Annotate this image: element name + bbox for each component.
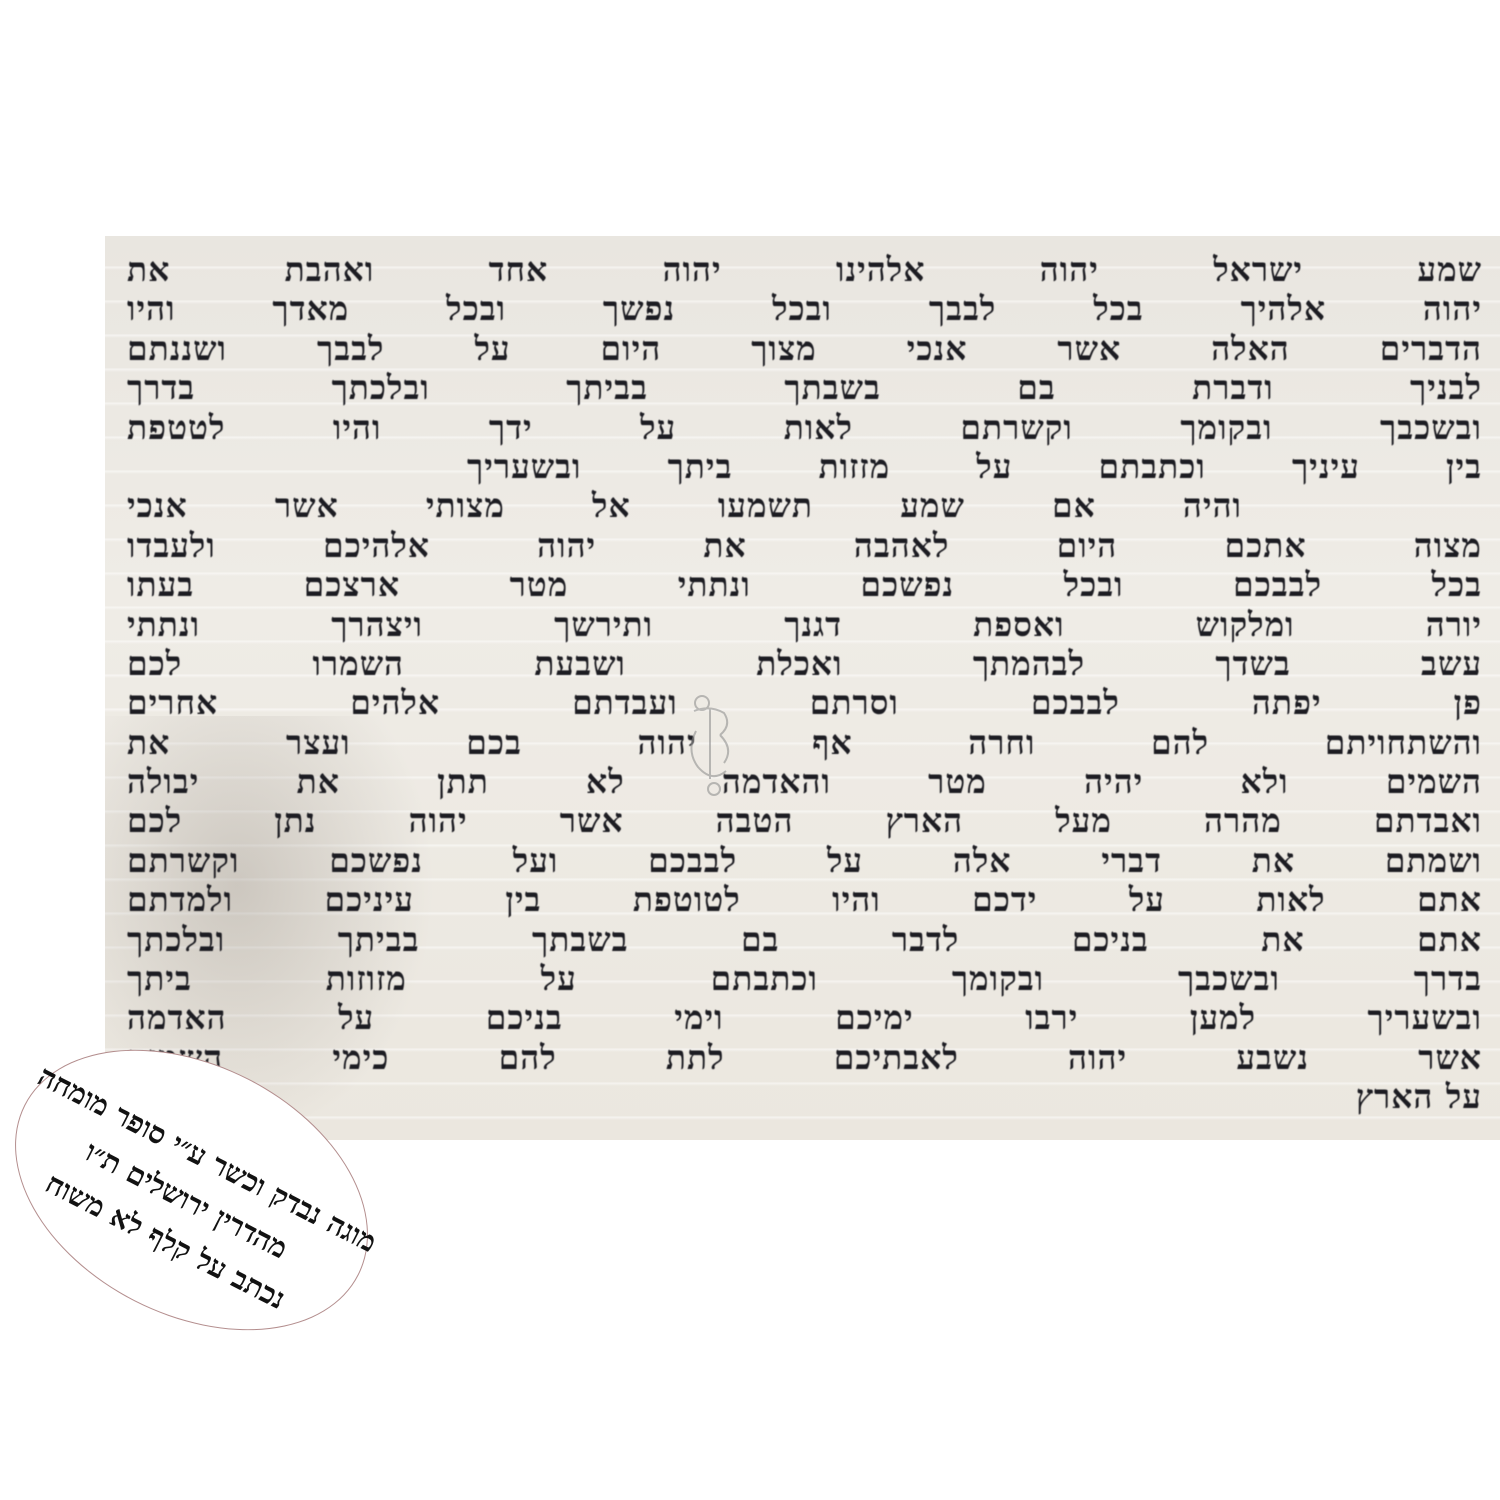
scroll-line: והשתחויתם להם וחרה אף יהוה בכם ועצר את [127, 723, 1482, 762]
scroll-line: ואבדתם מהרה מעל הארץ הטבה אשר יהוה נתן ל… [127, 801, 1482, 840]
scroll-line: פן יפתה לבבכם וסרתם ועבדתם אלהים אחרים [127, 683, 1482, 722]
scroll-line: בדרך ובשכבך ובקומך וכתבתם על מזוזות ביתך [127, 959, 1482, 998]
mezuzah-scroll: שמע ישראל יהוה אלהינו יהוה אחד ואהבת את … [105, 236, 1500, 1140]
scroll-line: בכל לבבכם ובכל נפשכם ונתתי מטר ארצכם בעת… [127, 565, 1482, 604]
scroll-line: אשר נשבע יהוה לאבתיכם לתת להם כימי השמים [127, 1038, 1482, 1077]
monogram-watermark-icon [680, 691, 740, 801]
scroll-line: אתם את בניכם לדבר בם בשבתך בביתך ובלכתך [127, 920, 1482, 959]
scroll-line: השמים ולא יהיה מטר והאדמה לא תתן את יבול… [127, 762, 1482, 801]
scroll-line: והיה אם שמע תשמעו אל מצותי אשר אנכי [127, 486, 1482, 525]
scroll-line: הדברים האלה אשר אנכי מצוך היום על לבבך ו… [127, 329, 1482, 368]
scroll-line: ובשעריך למען ירבו ימיכם וימי בניכם על הא… [127, 998, 1482, 1037]
scroll-line: לבניך ודברת בם בשבתך בביתך ובלכתך בדרך [127, 368, 1482, 407]
scroll-line: עשב בשדך לבהמתך ואכלת ושבעת השמרו לכם [127, 644, 1482, 683]
scroll-line: יהוה אלהיך בכל לבבך ובכל נפשך ובכל מאדך … [127, 289, 1482, 328]
scroll-line: ושמתם את דברי אלה על לבבכם ועל נפשכם וקש… [127, 841, 1482, 880]
scroll-line: יורה ומלקוש ואספת דגנך ותירשך ויצהרך ונת… [127, 605, 1482, 644]
scroll-line: על הארץ [127, 1077, 1482, 1116]
scroll-line: מצוה אתכם היום לאהבה את יהוה אלהיכם ולעב… [127, 526, 1482, 565]
scroll-line: בין עיניך וכתבתם על מזזות ביתך ובשעריך [127, 447, 1482, 486]
scroll-line: שמע ישראל יהוה אלהינו יהוה אחד ואהבת את [127, 250, 1482, 289]
scroll-line: אתם לאות על ידכם והיו לטוטפת בין עיניכם … [127, 880, 1482, 919]
scroll-line: ובשכבך ובקומך וקשרתם לאות על ידך והיו לט… [127, 408, 1482, 447]
